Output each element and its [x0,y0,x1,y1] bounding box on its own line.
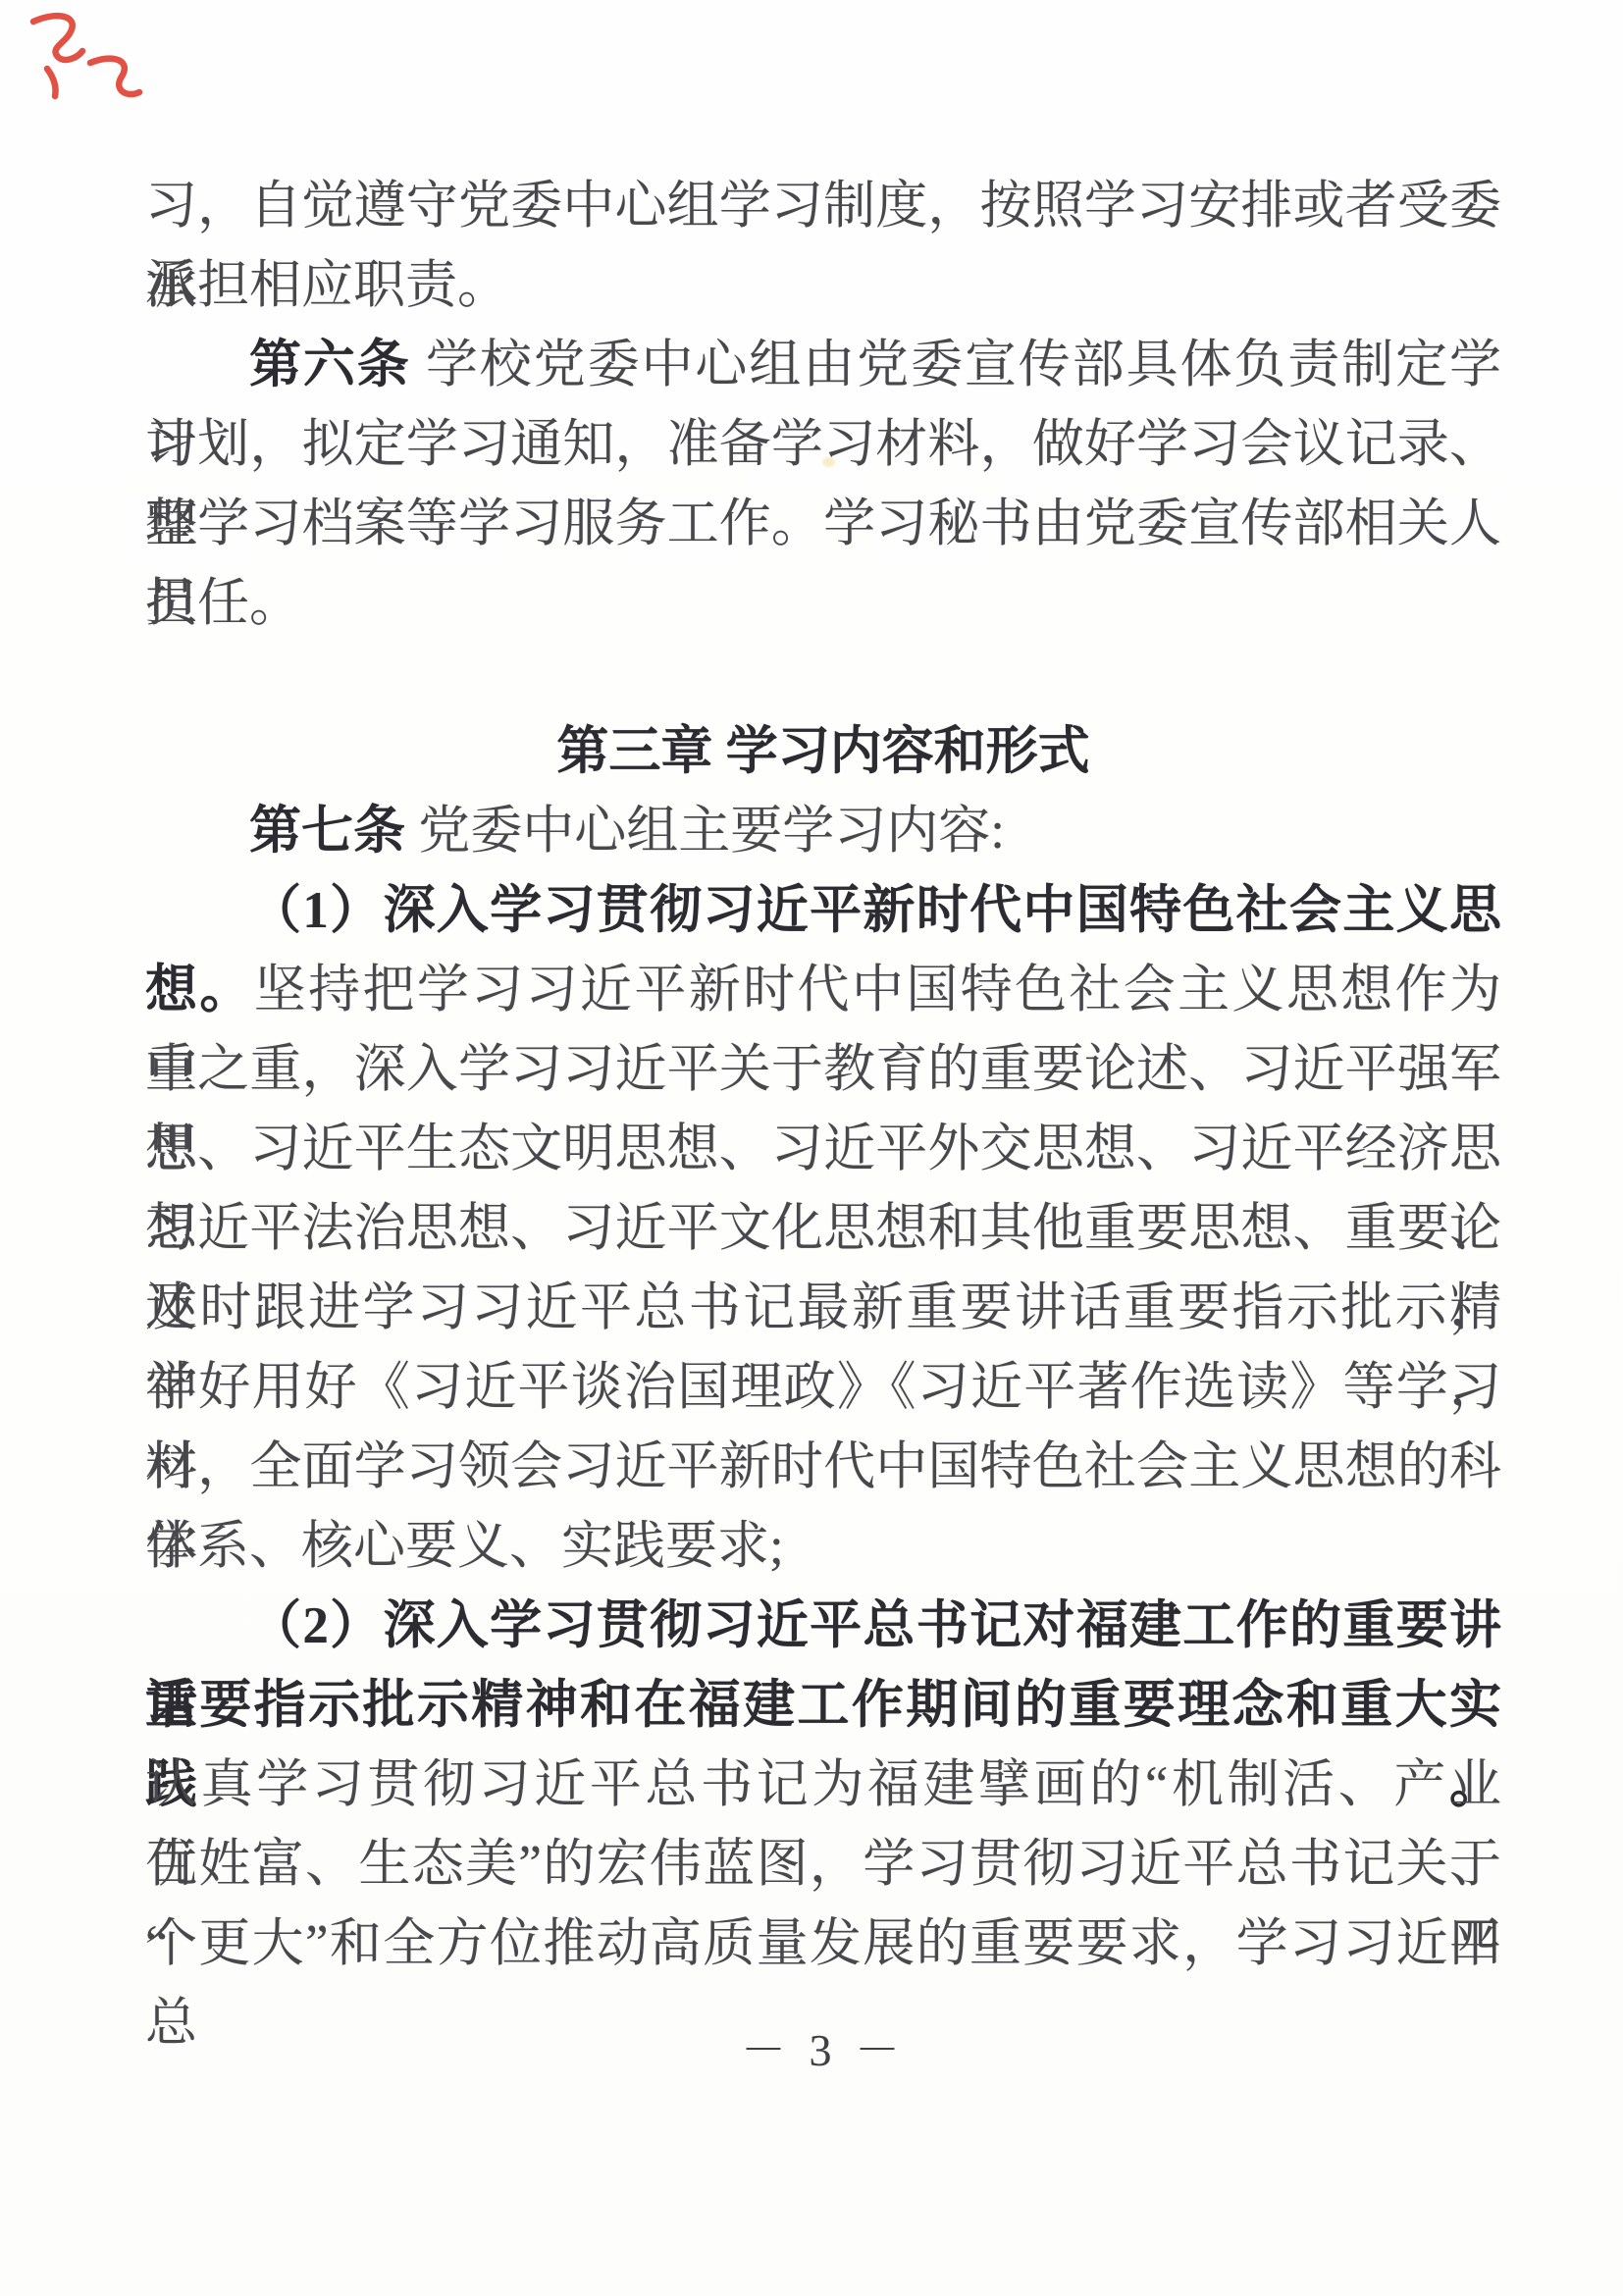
document-lines: 习，自觉遵守党委中心组学习制度，按照学习安排或者受委派承担相应职责。第六条 学校… [145,167,1501,1984]
text-line: 计划，拟定学习通知，准备学习材料，做好学习会议记录、整 [145,405,1501,485]
text-line: 习近平法治思想、习近平文化思想和其他重要思想、重要论述， [145,1189,1501,1269]
text-line: 重要指示批示精神和在福建工作期间的重要理念和重大实践。 [145,1666,1501,1746]
text-line: 理学习档案等学习服务工作。学习秘书由党委宣传部相关人员 [145,485,1501,564]
text-line: 个更大”和全方位推动高质量发展的重要要求，学习习近平总 [145,1905,1501,1984]
text-line: 百姓富、生态美”的宏伟蓝图，学习贯彻习近平总书记关于“四 [145,1825,1501,1905]
text-line: 担任。 [145,564,1501,644]
red-ink-marks-icon [18,6,165,124]
text-line: 第七条 党委中心组主要学习内容: [145,792,1501,871]
text-line: 承担相应职责。 [145,246,1501,326]
text-line: 学好用好《习近平谈治国理政》《习近平著作选读》等学习材 [145,1348,1501,1428]
chapter-heading: 第三章 学习内容和形式 [145,712,1501,792]
text-line: （2）深入学习贯彻习近平总书记对福建工作的重要讲话 [145,1587,1501,1666]
text-line: 体系、核心要义、实践要求; [145,1507,1501,1587]
document-body: 习，自觉遵守党委中心组学习制度，按照学习安排或者受委派承担相应职责。第六条 学校… [145,167,1501,2090]
text-line: 想。坚持把学习习近平新时代中国特色社会主义思想作为 重 [145,951,1501,1030]
text-line: 想、习近平生态文明思想、习近平外交思想、习近平经济思想、 [145,1110,1501,1189]
scanned-document-page: 习，自觉遵守党委中心组学习制度，按照学习安排或者受委派承担相应职责。第六条 学校… [0,0,1623,2296]
text-line: 及时跟进学习习近平总书记最新重要讲话重要指示批示精神， [145,1269,1501,1348]
text-line: 中之重，深入学习习近平关于教育的重要论述、习近平强军思 [145,1030,1501,1110]
text-line: 第六条 学校党委中心组由党委宣传部具体负责制定学习 [145,326,1501,405]
page-number: － 3 － [145,2011,1501,2090]
text-line: 习，自觉遵守党委中心组学习制度，按照学习安排或者受委派 [145,167,1501,246]
text-line: 料，全面学习领会习近平新时代中国特色社会主义思想的科学 [145,1428,1501,1507]
text-line: （1）深入学习贯彻习近平新时代中国特色社会主义思 [145,871,1501,951]
text-line: 认真学习贯彻习近平总书记为福建擘画的“机制活、产业优、 [145,1746,1501,1825]
